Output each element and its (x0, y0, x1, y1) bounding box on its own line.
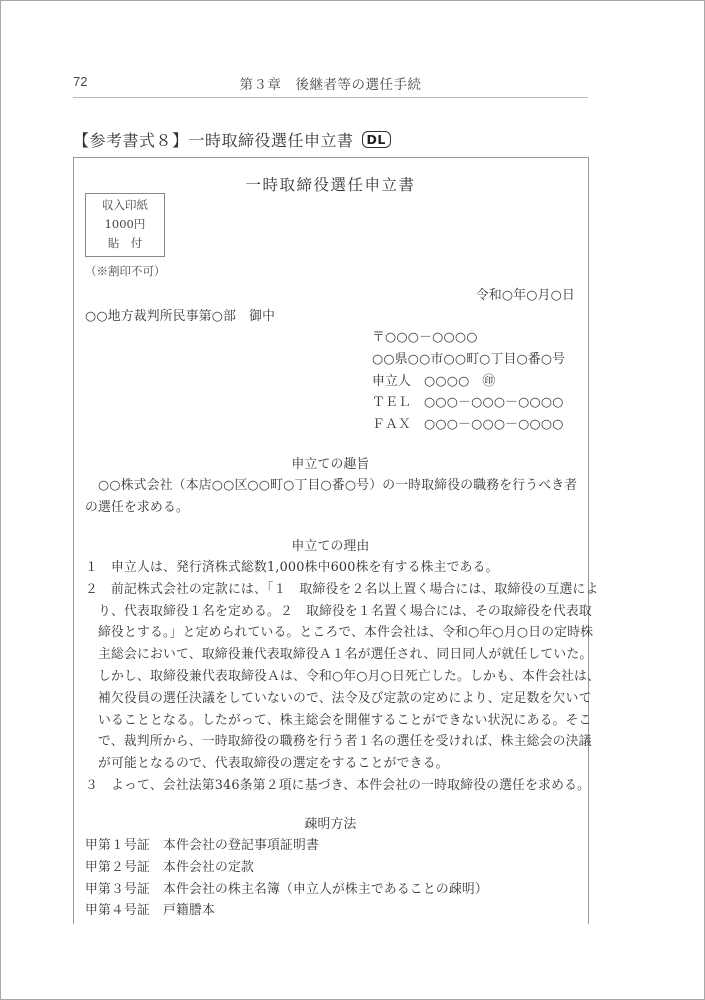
evidence-item: 甲第３号証 本件会社の株主名簿（申立人が株主であることの疎明） (85, 878, 488, 897)
applicant-name: 申立人 ○○○○ ㊞ (372, 370, 495, 389)
reasons-line: 補欠役員の選任決議をしていないので、法令及び定款の定めにより、定足数を欠いて (85, 687, 592, 706)
evidence-heading: 疎明方法 (73, 813, 588, 832)
purpose-line: の選任を求める。 (85, 496, 189, 515)
applicant-fax: ＦＡＸ ○○○－○○○－○○○○ (372, 413, 564, 432)
stamp-note: （※割印不可） (85, 263, 166, 279)
reasons-heading: 申立ての理由 (73, 535, 588, 554)
reasons-line: ２ 前記株式会社の定款には、「１ 取締役を２名以上置く場合には、取締役の互選によ (85, 578, 598, 597)
reasons-line: ３ よって、会社法第346条第２項に基づき、本件会社の一時取締役の選任を求める。 (85, 774, 590, 793)
reasons-line: しかし、取締役兼代表取締役Ａは、令和○年○月○日死亡した。しかも、本件会社は、 (85, 665, 600, 684)
evidence-item: 甲第１号証 本件会社の登記事項証明書 (85, 834, 319, 853)
stamp-line: 貼 付 (86, 234, 164, 253)
header-rule (73, 97, 588, 98)
reasons-line: １ 申立人は、発行済株式総数1,000株中600株を有する株主である。 (85, 556, 499, 575)
reasons-line: り、代表取締役１名を定める。２ 取締役を１名置く場合には、その取締役を代表取 (85, 600, 592, 619)
running-head: 第３章 後継者等の選任手続 (73, 73, 588, 93)
addressee: ○○地方裁判所民事第○部 御中 (85, 305, 275, 324)
reasons-line: いることとなる。したがって、株主総会を開催することができない状況にある。そこ (85, 709, 592, 728)
stamp-line: 1000円 (86, 215, 164, 234)
download-badge-icon[interactable]: DL (362, 131, 391, 148)
applicant-address: ○○県○○市○○町○丁目○番○号 (372, 348, 565, 367)
form-heading: 【参考書式８】一時取締役選任申立書 DL (73, 128, 391, 151)
reasons-line: 締役とする。」と定められている。ところで、本件会社は、令和○年○月○日の定時株 (85, 621, 593, 640)
applicant-tel: ＴＥＬ ○○○－○○○－○○○○ (372, 391, 564, 410)
filing-date: 令和○年○月○日 (476, 284, 575, 303)
form-heading-label: 【参考書式８】一時取締役選任申立書 (73, 128, 354, 151)
applicant-postal: 〒○○○－○○○○ (372, 326, 478, 345)
reasons-line: 主総会において、取締役兼代表取締役Ａ１名が選任され、同日同人が就任していた。 (85, 643, 592, 662)
stamp-line: 収入印紙 (86, 196, 164, 215)
document-title: 一時取締役選任申立書 (73, 173, 588, 195)
evidence-item: 甲第２号証 本件会社の定款 (85, 856, 254, 875)
purpose-heading: 申立ての趣旨 (73, 453, 588, 472)
revenue-stamp-box: 収入印紙 1000円 貼 付 (85, 193, 165, 257)
reasons-line: が可能となるので、代表取締役の選定をすることができる。 (85, 752, 449, 771)
purpose-line: ○○株式会社（本店○○区○○町○丁目○番○号）の一時取締役の職務を行うべき者 (85, 474, 577, 493)
evidence-item: 甲第４号証 戸籍謄本 (85, 899, 215, 918)
reasons-line: で、裁判所から、一時取締役の職務を行う者１名の選任を受ければ、株主総会の決議 (85, 730, 592, 749)
